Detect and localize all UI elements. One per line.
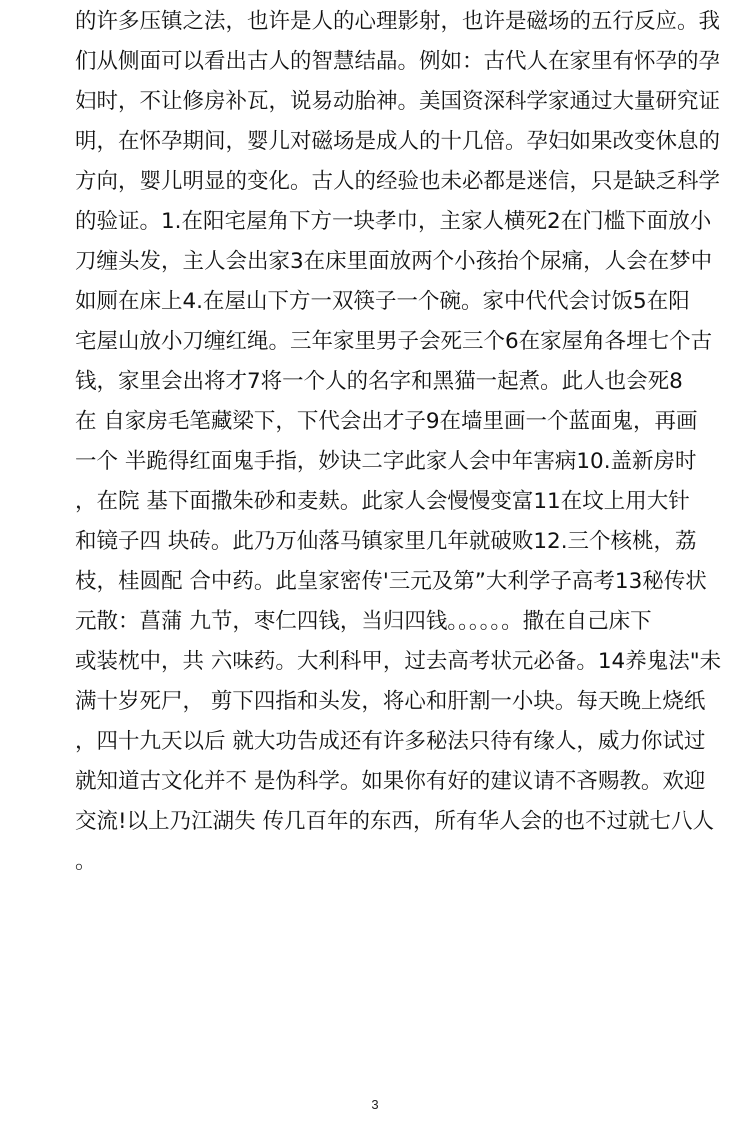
text-line: 钱，家里会出将才7将一个人的名字和黑猫一起煮。此人也会死8 bbox=[75, 362, 700, 402]
body-text: 的许多压镇之法，也许是人的心理影射，也许是磁场的五行反应。我 们从侧面可以看出古… bbox=[75, 2, 700, 882]
text-line: 满十岁死尸， 剪下四指和头发，将心和肝割一小块。每天晚上烧纸 bbox=[75, 682, 700, 722]
text-line: 们从侧面可以看出古人的智慧结晶。例如：古代人在家里有怀孕的孕 bbox=[75, 42, 700, 82]
document-page: 的许多压镇之法，也许是人的心理影射，也许是磁场的五行反应。我 们从侧面可以看出古… bbox=[0, 0, 750, 1135]
text-line: ，在院 基下面撒朱砂和麦麸。此家人会慢慢变富11在坟上用大针 bbox=[75, 482, 700, 522]
text-line: 如厕在床上4.在屋山下方一双筷子一个碗。家中代代会讨饭5在阳 bbox=[75, 282, 700, 322]
text-line: 枝，桂圆配 合中药。此皇家密传'三元及第”大利学子高考13秘传状 bbox=[75, 562, 700, 602]
text-line: 元散：菖蒲 九节，枣仁四钱，当归四钱。。。。。。撒在自己床下 bbox=[75, 602, 700, 642]
text-line: 明，在怀孕期间，婴儿对磁场是成人的十几倍。孕妇如果改变休息的 bbox=[75, 122, 700, 162]
text-line: 和镜子四 块砖。此乃万仙落马镇家里几年就破败12.三个核桃，荔 bbox=[75, 522, 700, 562]
text-line: ，四十九天以后 就大功告成还有许多秘法只待有缘人，威力你试过 bbox=[75, 722, 700, 762]
text-line: 。 bbox=[75, 842, 700, 882]
text-line: 的验证。1.在阳宅屋角下方一块孝巾，主家人横死2在门槛下面放小 bbox=[75, 202, 700, 242]
text-line: 就知道古文化并不 是伪科学。如果你有好的建议请不吝赐教。欢迎 bbox=[75, 762, 700, 802]
text-line: 方向，婴儿明显的变化。古人的经验也未必都是迷信，只是缺乏科学 bbox=[75, 162, 700, 202]
text-line: 妇时，不让修房补瓦，说易动胎神。美国资深科学家通过大量研究证 bbox=[75, 82, 700, 122]
text-line: 或装枕中，共 六味药。大利科甲，过去高考状元必备。14养鬼法"未 bbox=[75, 642, 700, 682]
text-line: 交流!以上乃江湖失 传几百年的东西，所有华人会的也不过就七八人 bbox=[75, 802, 700, 842]
page-number: 3 bbox=[0, 1097, 750, 1112]
text-line: 刀缠头发，主人会出家3在床里面放两个小孩抬个尿痛，人会在梦中 bbox=[75, 242, 700, 282]
text-line: 宅屋山放小刀缠红绳。三年家里男子会死三个6在家屋角各埋七个古 bbox=[75, 322, 700, 362]
text-line: 一个 半跪得红面鬼手指，妙诀二字此家人会中年害病10.盖新房时 bbox=[75, 442, 700, 482]
text-line: 的许多压镇之法，也许是人的心理影射，也许是磁场的五行反应。我 bbox=[75, 2, 700, 42]
text-line: 在 自家房毛笔藏梁下，下代会出才子9在墙里画一个蓝面鬼，再画 bbox=[75, 402, 700, 442]
